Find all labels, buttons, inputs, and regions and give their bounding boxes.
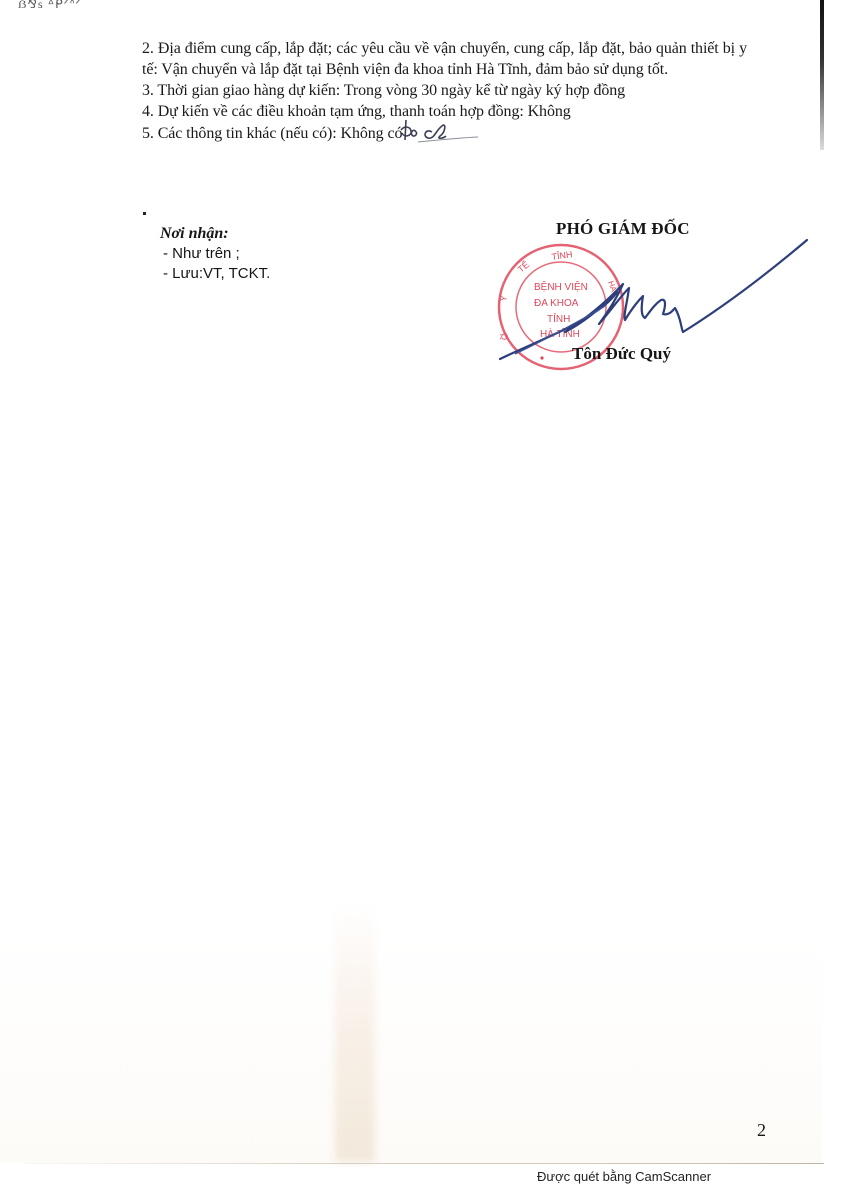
clause-5-text: 5. Các thông tin khác (nếu có): Không có	[142, 125, 402, 142]
page-number: 2	[757, 1120, 766, 1141]
scanned-document-page: ẞ⅋ᶊ ᐞᑭᐟᐢᐟ 2. Địa điểm cung cấp, lắp đặt;…	[0, 0, 848, 1200]
clause-2: 2. Địa điểm cung cấp, lắp đặt; các yêu c…	[142, 38, 747, 80]
camscanner-watermark: Được quét bằng CamScanner	[537, 1169, 711, 1184]
recipients-block: Nơi nhận: - Như trên ; - Lưu:VT, TCKT.	[160, 224, 270, 284]
page-bottom-edge	[24, 1163, 824, 1164]
stray-dot	[143, 212, 146, 215]
paper-edge-shadow	[820, 0, 824, 150]
recipient-item: - Như trên ;	[160, 244, 270, 264]
paper-sheet	[0, 0, 822, 1163]
recipient-item: - Lưu:VT, TCKT.	[160, 264, 270, 284]
cut-off-previous-line: ẞ⅋ᶊ ᐞᑭᐟᐢᐟ	[18, 0, 228, 8]
document-body: 2. Địa điểm cung cấp, lắp đặt; các yêu c…	[142, 38, 747, 144]
scan-shadow	[335, 900, 375, 1162]
clause-3: 3. Thời gian giao hàng dự kiến: Trong vò…	[142, 80, 747, 101]
handwritten-initials-icon	[402, 122, 462, 142]
clause-5: 5. Các thông tin khác (nếu có): Không có	[142, 122, 747, 144]
recipients-title: Nơi nhận:	[160, 224, 270, 244]
signer-name: Tôn Đức Quý	[572, 344, 671, 364]
